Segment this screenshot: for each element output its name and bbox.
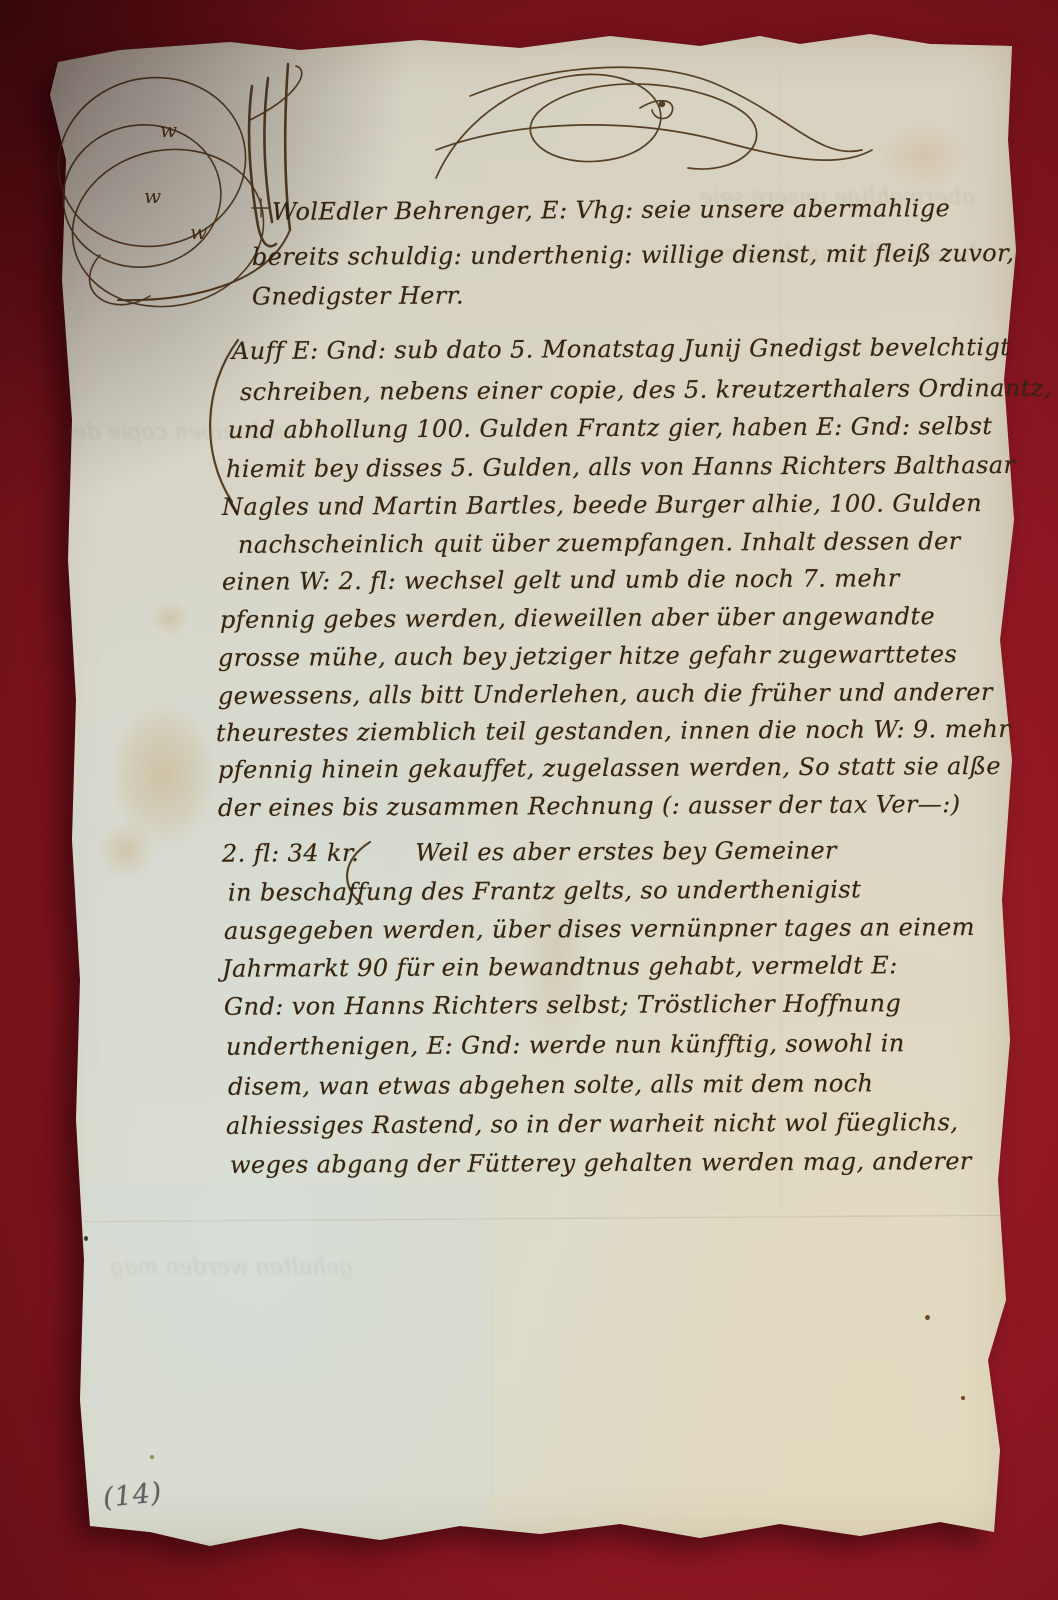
manuscript-line: Auff E: Gnd: sub dato 5. Monatstag Junij…: [232, 335, 1010, 363]
fold-crease-horizontal: [84, 1213, 1042, 1223]
manuscript-line: bereits schuldig: underthenig: willige d…: [252, 241, 1015, 269]
manuscript-line: weges abgang der Fütterey gehalten werde…: [230, 1149, 972, 1177]
manuscript-line: Jahrmarkt 90 für ein bewandtnus gehabt, …: [222, 953, 898, 981]
photograph-of-manuscript: abermahlige unsere seiedienst willige un…: [0, 0, 1058, 1600]
manuscript-line: der eines bis zusammen Rechnung (: ausse…: [218, 792, 961, 820]
manuscript-line: hiemit bey disses 5. Gulden, alls von Ha…: [226, 453, 1015, 481]
manuscript-line: nachscheinlich quit über zuempfangen. In…: [238, 529, 961, 557]
manuscript-line: Gnd: von Hanns Richters selbst; Tröstlic…: [224, 991, 901, 1019]
manuscript-line: theurestes ziemblich teil gestanden, inn…: [216, 717, 1010, 745]
manuscript-line: Nagles und Martin Bartles, beede Burger …: [222, 491, 982, 519]
manuscript-line: schreiben, nebens einer copie, des 5. kr…: [240, 376, 1052, 404]
manuscript-line: und abhollung 100. Gulden Frantz gier, h…: [228, 414, 993, 442]
manuscript-line: pfennig gebes werden, dieweillen aber üb…: [220, 604, 935, 632]
manuscript-line: underthenigen, E: Gnd: werde nun künffti…: [226, 1031, 905, 1059]
fold-crease-vertical-2: [490, 1178, 493, 1568]
manuscript-line: ausgegeben werden, über dises vernünpner…: [224, 915, 975, 943]
manuscript-line: grosse mühe, auch bey jetziger hitze gef…: [218, 642, 957, 670]
manuscript-line: WolEdler Behrenger, E: Vhg: seie unsere …: [272, 196, 950, 224]
manuscript-line: in beschaffung des Frantz gelts, so unde…: [228, 877, 861, 904]
manuscript-line: 2. fl: 34 kr. Weil es aber erstes bey Ge…: [222, 838, 837, 865]
manuscript-line: disem, wan etwas abgehen solte, alls mit…: [228, 1071, 873, 1098]
manuscript-line: gewessens, alls bitt Underlehen, auch di…: [218, 680, 993, 708]
manuscript-line: einen W: 2. fl: wechsel gelt und umb die…: [222, 566, 900, 594]
manuscript-line: Gnedigster Herr.: [252, 283, 464, 308]
pencil-archive-number: (14): [102, 1477, 164, 1514]
manuscript-line: pfennig hinein gekauffet, zugelassen wer…: [218, 754, 1001, 782]
manuscript-line: alhiessiges Rastend, so in der warheit n…: [226, 1110, 958, 1138]
